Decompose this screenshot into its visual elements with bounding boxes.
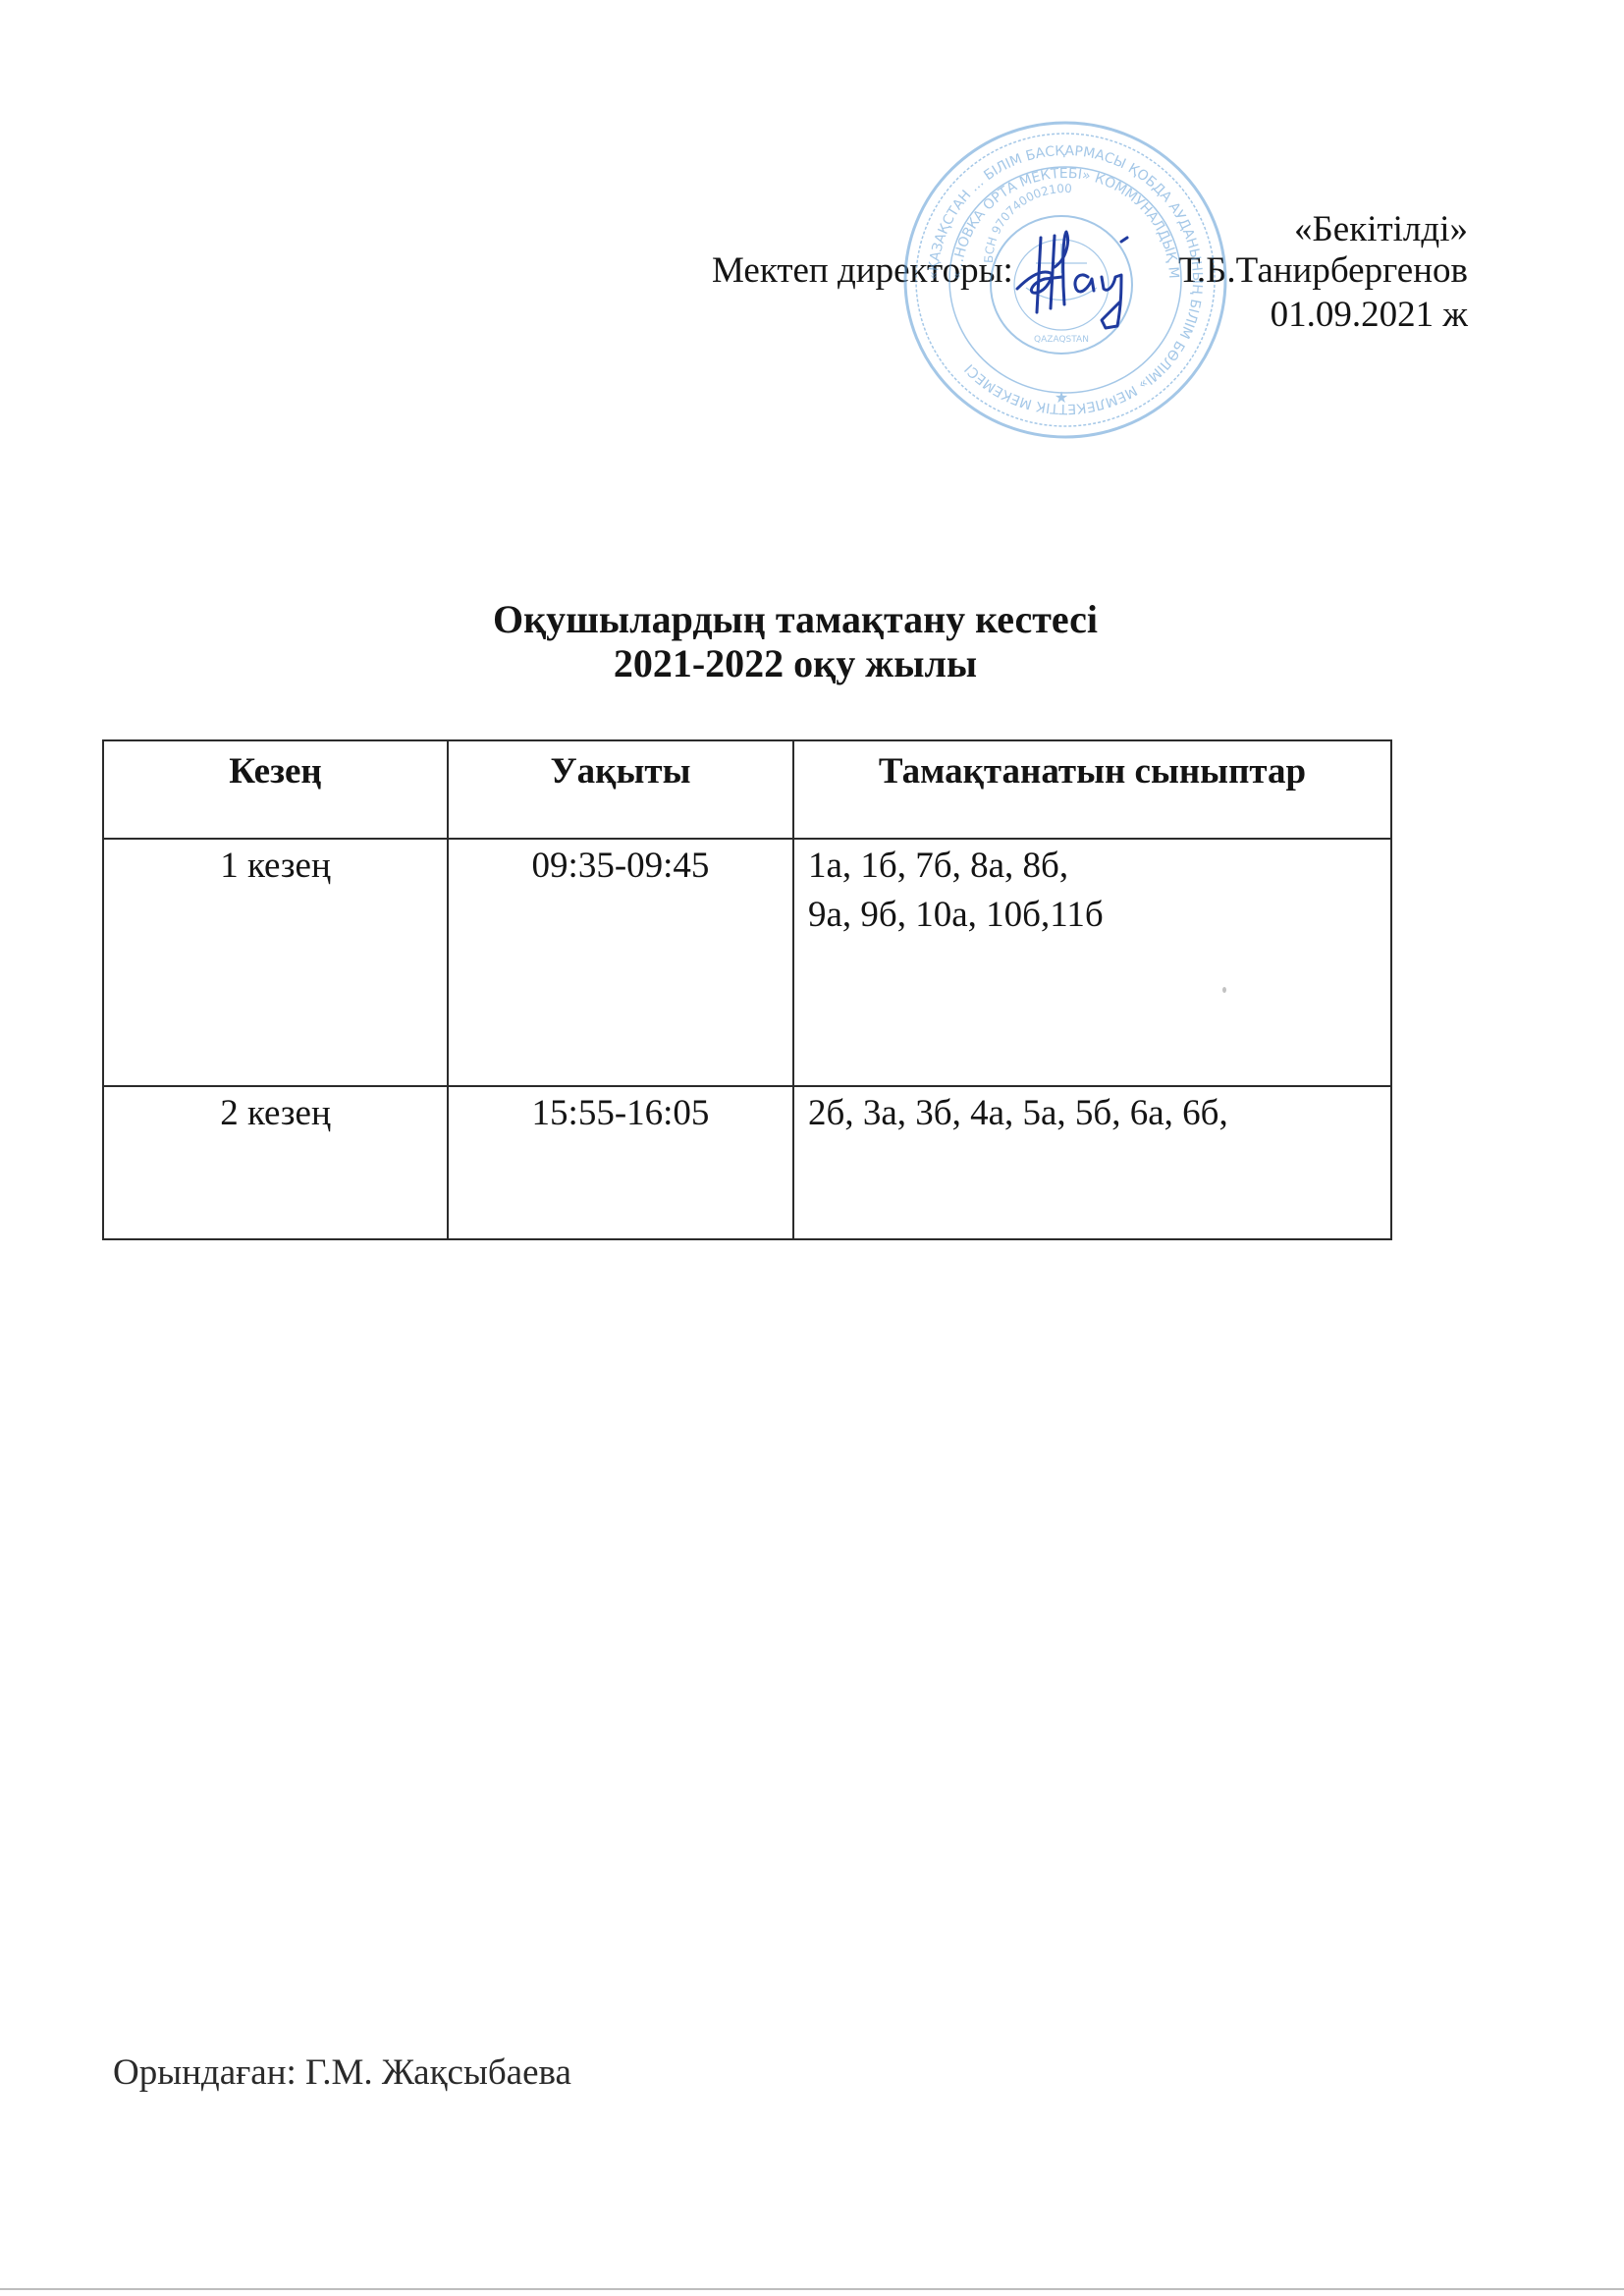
column-header-classes: Тамақтанатын сыныптар (793, 740, 1391, 839)
classes-cell: 2б, 3а, 3б, 4а, 5а, 5б, 6а, 6б, (793, 1086, 1391, 1239)
svg-text:★: ★ (1055, 388, 1068, 407)
handwritten-signature-icon (1011, 218, 1149, 336)
column-header-time: Уақыты (448, 740, 793, 839)
time-cell: 15:55-16:05 (448, 1086, 793, 1239)
period-cell: 2 кезең (103, 1086, 448, 1239)
document-title: Оқушылардың тамақтану кестесі 2021-2022 … (0, 597, 1591, 685)
classes-cell: 1а, 1б, 7б, 8а, 8б, 9а, 9б, 10а, 10б,11б (793, 839, 1391, 1086)
classes-line: 1а, 1б, 7б, 8а, 8б, (808, 842, 1384, 891)
approval-date: 01.09.2021 ж (1271, 293, 1468, 337)
approved-label: «Бекітілді» (1294, 207, 1468, 251)
period-cell: 1 кезең (103, 839, 448, 1086)
scan-edge-line (0, 2288, 1624, 2290)
table-header-row: Кезең Уақыты Тамақтанатын сыныптар (103, 740, 1391, 839)
table-row: 2 кезең 15:55-16:05 2б, 3а, 3б, 4а, 5а, … (103, 1086, 1391, 1239)
performer-signature-line: Орындаған: Г.М. Жақсыбаева (113, 2050, 571, 2095)
time-cell: 09:35-09:45 (448, 839, 793, 1086)
stamp-emblem-text: QAZAQSTAN (1034, 335, 1089, 345)
title-line-1: Оқушылардың тамақтану кестесі (0, 597, 1591, 641)
classes-line: 9а, 9б, 10а, 10б,11б (808, 891, 1384, 940)
classes-line: 2б, 3а, 3б, 4а, 5а, 5б, 6а, 6б, (808, 1089, 1384, 1138)
table-row: 1 кезең 09:35-09:45 1а, 1б, 7б, 8а, 8б, … (103, 839, 1391, 1086)
column-header-period: Кезең (103, 740, 448, 839)
meal-schedule-table: Кезең Уақыты Тамақтанатын сыныптар 1 кез… (102, 739, 1392, 1240)
scan-speck (1222, 987, 1226, 993)
title-line-2: 2021-2022 оқу жылы (0, 641, 1591, 685)
